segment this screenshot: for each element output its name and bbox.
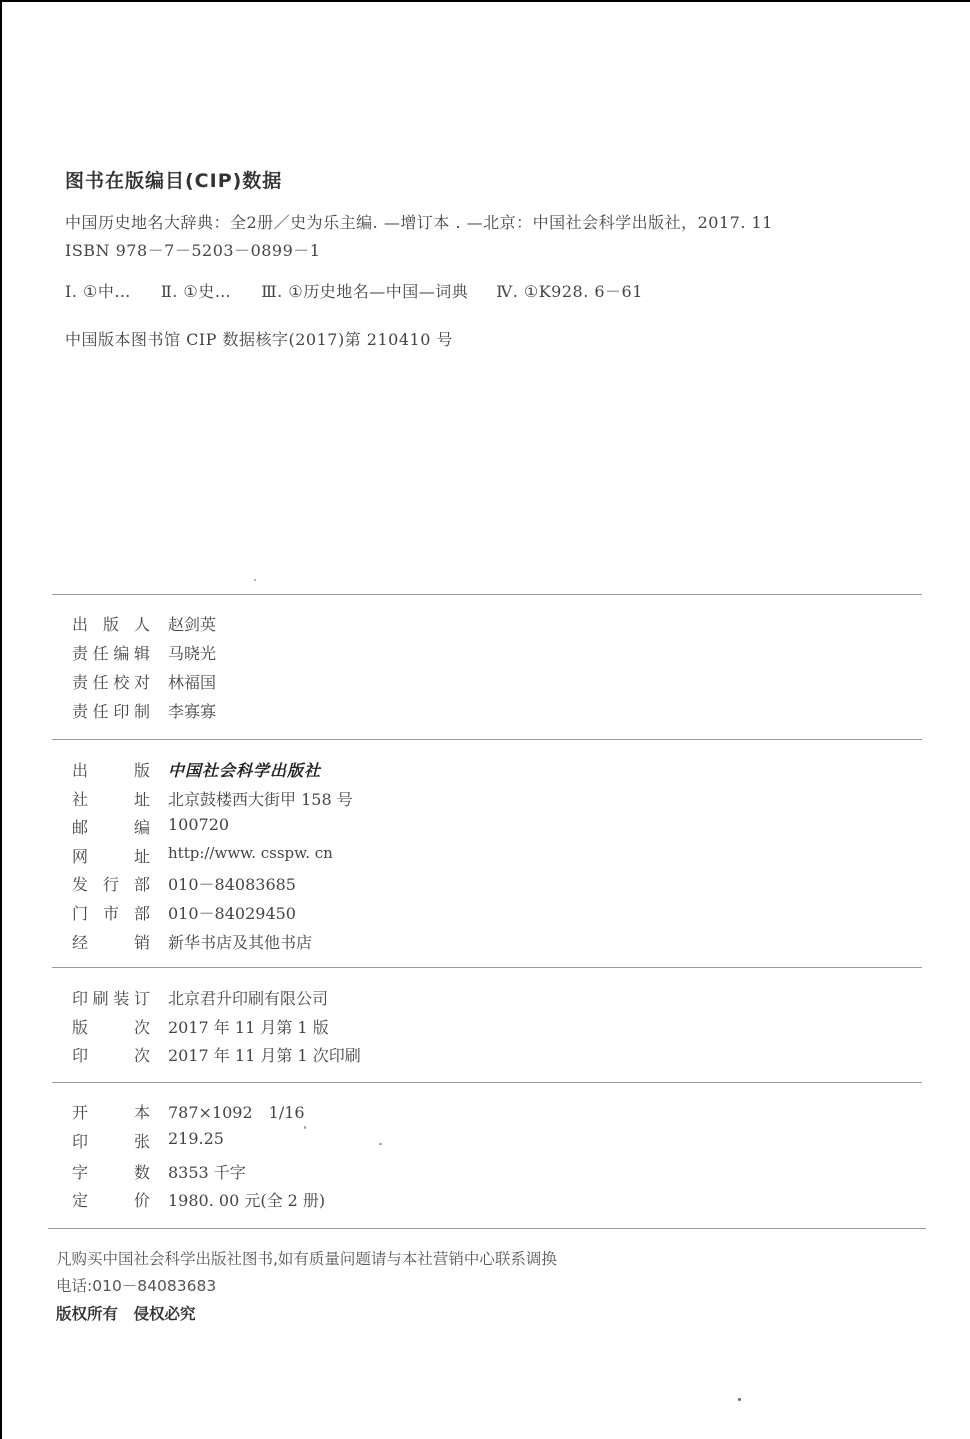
cip-record-number: 中国版本图书馆 CIP 数据核字(2017)第 210410 号 [65, 327, 453, 350]
service-phone: 电话:010－84083683 [56, 1274, 216, 1296]
section-divider [52, 739, 922, 740]
field-value: 北京鼓楼西大街甲 158 号 [168, 787, 353, 813]
field-value: 100720 [168, 815, 229, 841]
printing-row-impression: 印次 2017 年 11 月第 1 次印刷 [72, 1043, 361, 1069]
field-label: 门市部 [72, 901, 150, 927]
field-value: 010－84029450 [168, 901, 296, 927]
field-value: 8353 千字 [168, 1160, 246, 1186]
field-label: 发行部 [72, 872, 150, 898]
field-label: 字数 [72, 1160, 150, 1186]
field-value: 马晓光 [168, 641, 216, 667]
format-row-price: 定价 1980. 00 元(全 2 册) [72, 1188, 325, 1214]
classification-2: Ⅱ. ①史… [161, 279, 231, 302]
field-label: 责任校对 [72, 670, 150, 696]
bibliographic-line: 中国历史地名大辞典：全2册／史为乐主编. —增订本 . —北京：中国社会科学出版… [65, 210, 773, 233]
cip-title: 图书在版编目(CIP)数据 [65, 166, 282, 193]
publisher-row-retail: 门市部 010－84029450 [72, 901, 296, 927]
format-row-size: 开本 787×1092 1/16 [72, 1100, 305, 1126]
classification-3: Ⅲ. ①历史地名—中国—词典 [261, 279, 468, 302]
section-divider [52, 1082, 922, 1083]
field-label: 责任印制 [72, 699, 150, 725]
scan-speck [304, 1126, 306, 1129]
classification-1: Ⅰ. ①中… [65, 279, 131, 302]
field-label: 邮编 [72, 815, 150, 841]
publisher-row-website: 网址 http://www. csspw. cn [72, 844, 333, 870]
field-label: 出版 [72, 758, 150, 784]
field-label: 印次 [72, 1043, 150, 1069]
printing-row-printer: 印刷装订 北京君升印刷有限公司 [72, 986, 328, 1012]
section-divider [52, 594, 922, 595]
quality-notice: 凡购买中国社会科学出版社图书,如有质量问题请与本社营销中心联系调换 [56, 1247, 557, 1269]
publisher-row-address: 社址 北京鼓楼西大街甲 158 号 [72, 787, 353, 813]
scan-speck [254, 579, 256, 581]
field-value: 219.25 [168, 1129, 224, 1155]
field-value: 2017 年 11 月第 1 次印刷 [168, 1043, 361, 1069]
field-label: 定价 [72, 1188, 150, 1214]
copyright-notice: 版权所有 侵权必究 [56, 1302, 196, 1324]
publisher-row-distribution: 发行部 010－84083685 [72, 872, 296, 898]
printing-row-edition: 版次 2017 年 11 月第 1 版 [72, 1015, 329, 1041]
publisher-row-sales: 经销 新华书店及其他书店 [72, 930, 312, 956]
field-value: 赵剑英 [168, 612, 216, 638]
field-label: 经销 [72, 930, 150, 956]
field-value: 北京君升印刷有限公司 [168, 986, 328, 1012]
staff-row-publisher: 出版人 赵剑英 [72, 612, 216, 638]
format-row-wordcount: 字数 8353 千字 [72, 1160, 246, 1186]
staff-row-print-supervisor: 责任印制 李寡寡 [72, 699, 216, 725]
field-value: 2017 年 11 月第 1 版 [168, 1015, 329, 1041]
section-divider [48, 1228, 926, 1229]
field-value: 林福国 [168, 670, 216, 696]
field-value: 1980. 00 元(全 2 册) [168, 1188, 325, 1214]
classification-4: Ⅳ. ①K928. 6－61 [496, 279, 643, 302]
staff-row-editor: 责任编辑 马晓光 [72, 641, 216, 667]
classification-line: Ⅰ. ①中… Ⅱ. ①史… Ⅲ. ①历史地名—中国—词典 Ⅳ. ①K928. 6… [65, 279, 643, 302]
field-value: 010－84083685 [168, 872, 296, 898]
publisher-row-name: 出版 中国社会科学出版社 [72, 758, 321, 784]
format-row-sheets: 印张 219.25 [72, 1129, 224, 1155]
staff-row-proofreader: 责任校对 林福国 [72, 670, 216, 696]
field-value: 787×1092 1/16 [168, 1100, 305, 1126]
publisher-row-postcode: 邮编 100720 [72, 815, 229, 841]
website-link[interactable]: http://www. csspw. cn [168, 844, 333, 870]
field-label: 印刷装订 [72, 986, 150, 1012]
section-divider [52, 967, 922, 968]
field-label: 社址 [72, 787, 150, 813]
scan-speck [738, 1398, 741, 1401]
field-value: 新华书店及其他书店 [168, 930, 312, 956]
field-value: 李寡寡 [168, 699, 216, 725]
field-label: 网址 [72, 844, 150, 870]
field-label: 开本 [72, 1100, 150, 1126]
scan-speck [379, 1143, 382, 1145]
isbn: ISBN 978－7－5203－0899－1 [65, 238, 320, 261]
field-label: 责任编辑 [72, 641, 150, 667]
publisher-logo-text: 中国社会科学出版社 [168, 758, 321, 784]
field-label: 出版人 [72, 612, 150, 638]
field-label: 版次 [72, 1015, 150, 1041]
field-label: 印张 [72, 1129, 150, 1155]
